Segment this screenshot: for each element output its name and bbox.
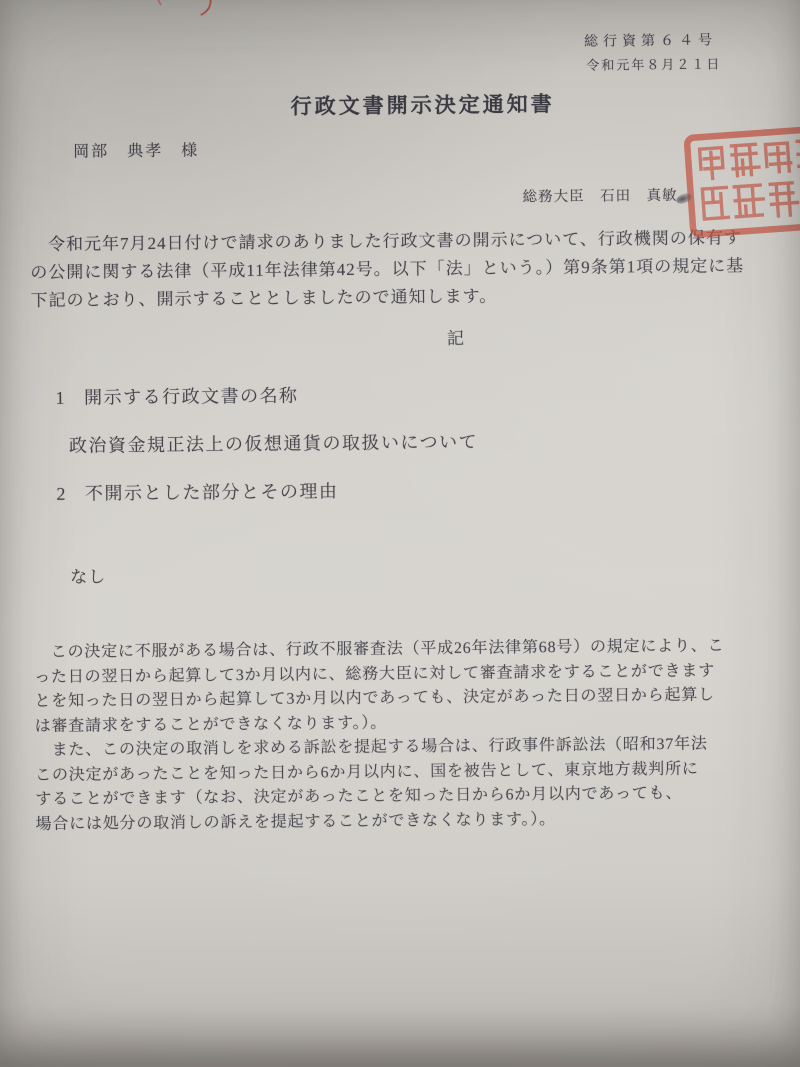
seal-graphic [682,124,800,240]
opening-line: 下記のとおり、開示することとしましたので通知します。 [30,280,744,315]
item-1-heading-text: 開示する行政文書の名称 [84,386,299,408]
item-1-body: 政治資金規正法上の仮想通貨の取扱いについて [69,428,478,458]
item-2-number: 2 [56,484,67,505]
document-title: 行政文書開示決定通知書 [291,88,555,121]
document-photo: 総行資第６４号 令和元年８月２１日 行政文書開示決定通知書 岡部 典孝 様 総務… [0,0,800,1067]
item-2-body: なし [70,562,106,587]
minister-seal-stamp [682,124,800,240]
item-2-heading: 2不開示とした部分とその理由 [56,477,338,506]
item-2-heading-text: 不開示とした部分とその理由 [85,481,339,503]
item-1-heading: 1開示する行政文書の名称 [55,382,298,410]
addressee-name: 岡部 典孝 様 [73,137,199,161]
opening-paragraph: 令和元年7月24日付けで請求のありました行政文書の開示について、行政機関の保有す… [30,224,745,315]
section-marker: 記 [447,324,464,349]
item-1-number: 1 [55,388,66,409]
document-date: 令和元年８月２１日 [586,53,721,73]
sender-minister-name: 総務大臣 石田 真敏 [522,184,677,206]
document-number: 総行資第６４号 [584,29,717,50]
appeal-notice: この決定に不服がある場合は、行政不服審査法（平成26年法律第68号）の規定により… [34,634,726,837]
document-page: 総行資第６４号 令和元年８月２１日 行政文書開示決定通知書 岡部 典孝 様 総務… [0,0,800,1067]
